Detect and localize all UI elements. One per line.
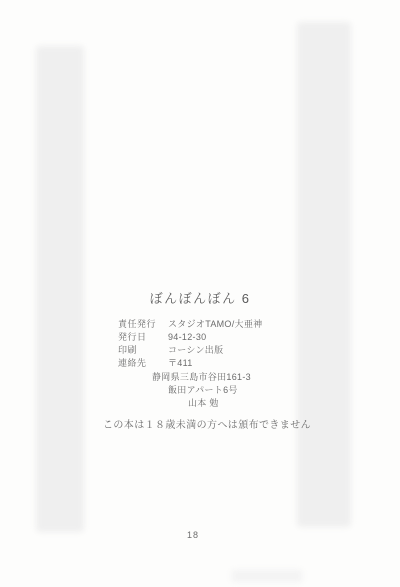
credit-row-contact: 連絡先〒411 (118, 357, 262, 370)
book-title: ぼんぼんぼん 6 (0, 288, 400, 307)
address-line-2: 飯田アパート6号 (168, 383, 238, 396)
credit-row-printer: 印刷コーシン出版 (118, 344, 262, 357)
scan-artifact-smudge (232, 570, 302, 582)
credit-value: 94-12-30 (168, 332, 206, 342)
credit-label: 責任発行 (118, 318, 168, 331)
credit-label: 連絡先 (118, 357, 168, 370)
credit-row-publish-date: 発行日94-12-30 (118, 331, 262, 344)
scanned-colophon-page: ぼんぼんぼん 6 責任発行スタジオTAMO/大亜神 発行日94-12-30 印刷… (0, 0, 400, 587)
contact-person-name: 山本 勉 (188, 396, 219, 409)
address-line-1: 静岡県三島市谷田161-3 (152, 370, 251, 383)
credit-row-publisher: 責任発行スタジオTAMO/大亜神 (118, 318, 262, 331)
credit-label: 発行日 (118, 331, 168, 344)
colophon-credits: 責任発行スタジオTAMO/大亜神 発行日94-12-30 印刷コーシン出版 連絡… (118, 318, 262, 370)
age-restriction-disclaimer: この本は１８歳未満の方へは頒布できません (103, 416, 311, 431)
credit-value: スタジオTAMO/大亜神 (168, 319, 262, 329)
page-number: 18 (0, 530, 386, 540)
right-page-edge-shadow (297, 22, 351, 527)
credit-label: 印刷 (118, 344, 168, 357)
credit-value: 〒411 (168, 358, 193, 368)
credit-value: コーシン出版 (168, 345, 223, 355)
